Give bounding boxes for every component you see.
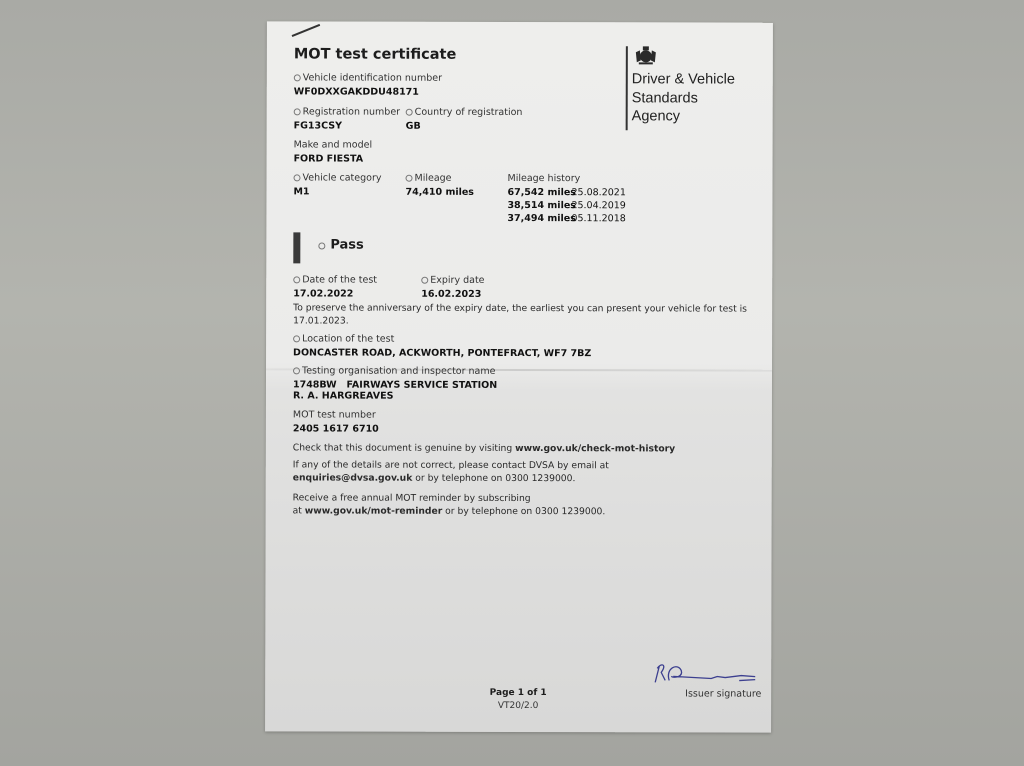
make-model-value: FORD FIESTA xyxy=(294,153,364,164)
category-value: M1 xyxy=(293,186,309,197)
reminder-text-2: at www.gov.uk/mot-reminder or by telepho… xyxy=(293,505,606,517)
contact-text-2: enquiries@dvsa.gov.uk or by telephone on… xyxy=(293,472,576,484)
make-model-label: Make and model xyxy=(294,139,373,150)
test-date-label: Date of the test xyxy=(293,274,377,285)
mileage-history-miles: 67,542 miles xyxy=(507,187,576,198)
logo-divider xyxy=(626,46,628,130)
mileage-history-date: 05.11.2018 xyxy=(571,213,625,224)
mileage-value: 74,410 miles xyxy=(405,187,474,198)
inspector-value: R. A. HARGREAVES xyxy=(293,390,393,401)
mileage-history-miles: 37,494 miles xyxy=(507,213,576,224)
royal-crest-icon xyxy=(633,44,659,66)
test-date-value: 17.02.2022 xyxy=(293,288,353,299)
location-value: DONCASTER ROAD, ACKWORTH, PONTEFRACT, WF… xyxy=(293,347,591,359)
org-label: Testing organisation and inspector name xyxy=(293,365,496,377)
result-bar xyxy=(293,232,300,263)
test-number-value: 2405 1617 6710 xyxy=(293,423,379,434)
field-number-icon xyxy=(421,277,428,284)
contact-email-link[interactable]: enquiries@dvsa.gov.uk xyxy=(293,472,413,483)
document-title: MOT test certificate xyxy=(294,46,456,62)
country-label: Country of registration xyxy=(406,107,523,118)
field-number-icon xyxy=(318,242,325,249)
category-label: Vehicle category xyxy=(294,172,382,183)
issuer-name: Driver & Vehicle Standards Agency xyxy=(632,70,735,126)
mileage-history-date: 25.08.2021 xyxy=(571,187,625,198)
mileage-history-miles: 38,514 miles xyxy=(507,200,576,211)
issuer-signature xyxy=(651,658,761,686)
registration-label: Registration number xyxy=(294,106,400,117)
reminder-text: Receive a free annual MOT reminder by su… xyxy=(293,492,531,504)
field-number-icon xyxy=(294,174,301,181)
page-number: Page 1 of 1 xyxy=(265,687,771,698)
anniversary-note: To preserve the anniversary of the expir… xyxy=(293,302,747,314)
anniversary-date: 17.01.2023. xyxy=(293,315,349,326)
form-code: VT20/2.0 xyxy=(265,700,771,711)
location-label: Location of the test xyxy=(293,333,394,344)
mot-reminder-link[interactable]: www.gov.uk/mot-reminder xyxy=(305,505,442,516)
pen-mark xyxy=(292,24,321,37)
contact-text: If any of the details are not correct, p… xyxy=(293,459,609,471)
mot-certificate-page: MOT test certificate Driver & Vehicle St… xyxy=(265,21,773,732)
mileage-label: Mileage xyxy=(406,173,452,184)
field-number-icon xyxy=(294,74,301,81)
genuine-check-text: Check that this document is genuine by v… xyxy=(293,442,675,454)
field-number-icon xyxy=(293,367,300,374)
vin-label: Vehicle identification number xyxy=(294,72,442,83)
field-number-icon xyxy=(406,175,413,182)
result-status: Pass xyxy=(318,237,363,252)
registration-value: FG13CSY xyxy=(294,120,342,131)
check-mot-link[interactable]: www.gov.uk/check-mot-history xyxy=(515,443,675,454)
field-number-icon xyxy=(293,335,300,342)
field-number-icon xyxy=(406,109,413,116)
field-number-icon xyxy=(293,276,300,283)
vin-value: WF0DXXGAKDDU48171 xyxy=(294,86,419,97)
expiry-date-value: 16.02.2023 xyxy=(421,289,481,300)
mileage-history-date: 25.04.2019 xyxy=(571,200,625,211)
expiry-date-label: Expiry date xyxy=(421,275,484,286)
country-value: GB xyxy=(406,121,421,132)
mileage-history-label: Mileage history xyxy=(508,173,581,184)
org-value: 1748BW FAIRWAYS SERVICE STATION xyxy=(293,379,497,391)
field-number-icon xyxy=(294,108,301,115)
test-number-label: MOT test number xyxy=(293,409,376,420)
